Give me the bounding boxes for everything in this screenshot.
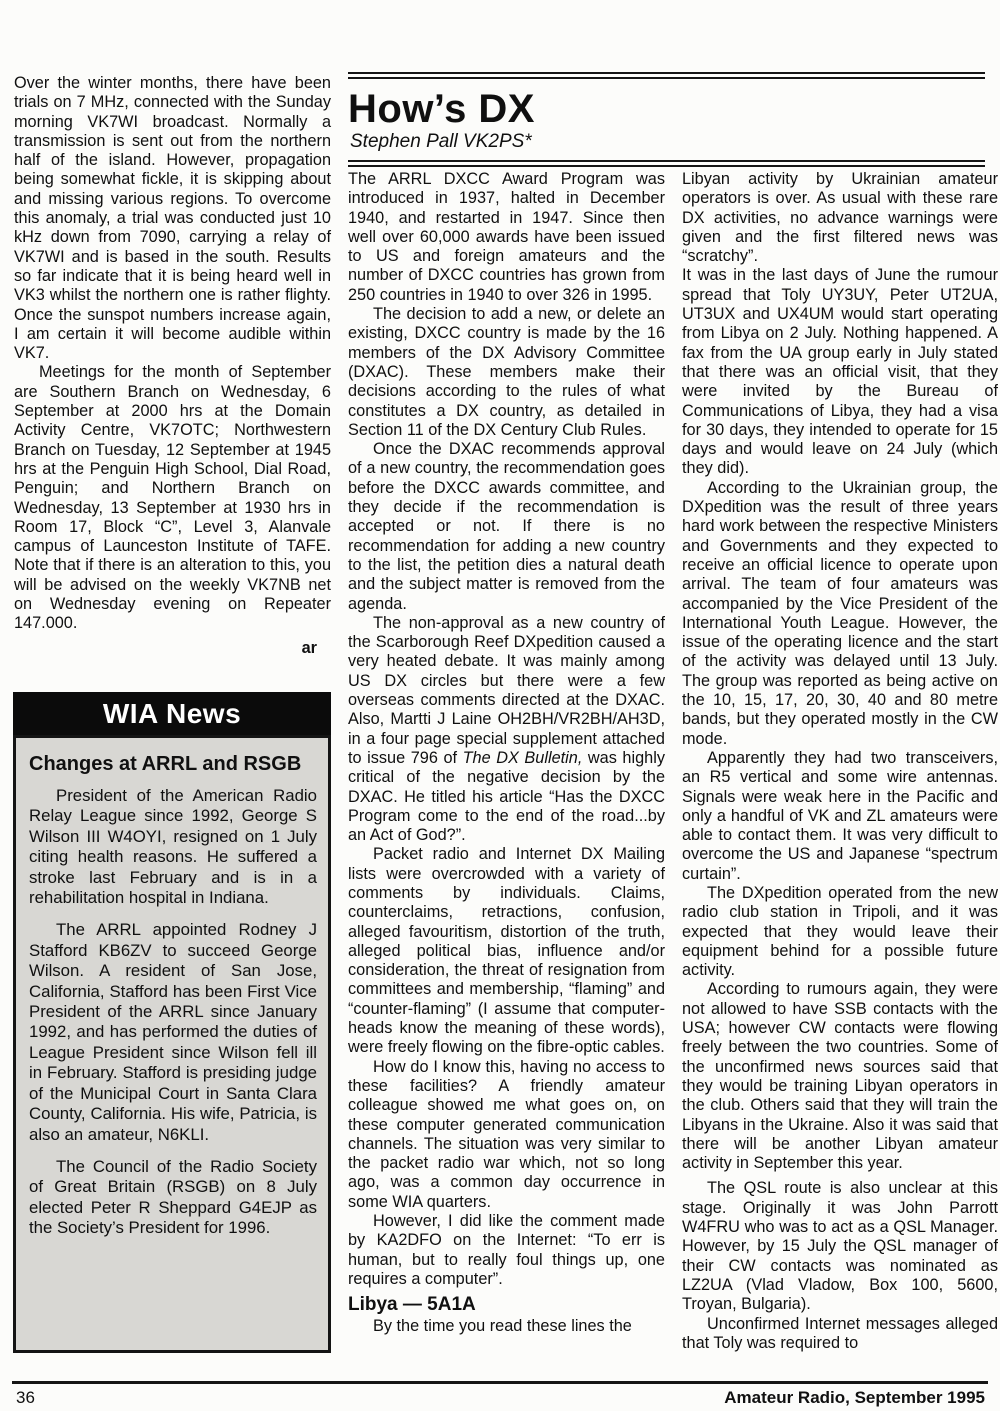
paragraph: Packet radio and Internet DX Mailing lis… xyxy=(348,845,665,1057)
paragraph: By the time you read these lines the xyxy=(348,1317,665,1336)
paragraph: Once the DXAC recommends approval of a n… xyxy=(348,440,665,614)
paragraph: Unconfirmed Internet messages alleged th… xyxy=(682,1315,998,1354)
page-number: 36 xyxy=(16,1388,35,1408)
wia-news-box: WIA News Changes at ARRL and RSGB Presid… xyxy=(13,692,331,1353)
paragraph: The ARRL appointed Rodney J Stafford KB6… xyxy=(29,920,317,1144)
top-rule xyxy=(348,72,985,79)
paragraph: The DXpedition operated from the new rad… xyxy=(682,884,998,980)
left-column: Over the winter months, there have been … xyxy=(14,74,331,658)
paragraph: Apparently they had two transceivers, an… xyxy=(682,749,998,884)
paragraph: According to the Ukrainian group, the DX… xyxy=(682,479,998,749)
paragraph: Over the winter months, there have been … xyxy=(14,74,331,363)
publication-title-italic: The DX Bulletin, xyxy=(463,749,583,767)
footer-publication: Amateur Radio, September 1995 xyxy=(724,1388,985,1408)
paragraph-text: The non-approval as a new country of the… xyxy=(348,614,665,767)
paragraph: The decision to add a new, or delete an … xyxy=(348,305,665,440)
middle-column: The ARRL DXCC Award Program was introduc… xyxy=(348,170,665,1370)
paragraph: The non-approval as a new country of the… xyxy=(348,614,665,846)
paragraph: Libyan activity by Ukrainian amateur ope… xyxy=(682,170,998,266)
article-byline: Stephen Pall VK2PS* xyxy=(350,131,985,153)
bottom-rule xyxy=(348,160,985,167)
hows-dx-header: How’s DX Stephen Pall VK2PS* xyxy=(348,72,985,167)
section-heading-libya: Libya — 5A1A xyxy=(348,1295,665,1314)
paragraph: Meetings for the month of September are … xyxy=(14,363,331,633)
paragraph: According to rumours again, they were no… xyxy=(682,980,998,1173)
wia-news-banner: WIA News xyxy=(13,692,331,735)
article-signoff: ar xyxy=(14,639,331,658)
magazine-page: Over the winter months, there have been … xyxy=(0,0,1000,1411)
article-title: How’s DX xyxy=(348,88,985,130)
paragraph: President of the American Radio Relay Le… xyxy=(29,786,317,908)
paragraph: The Council of the Radio Society of Grea… xyxy=(29,1157,317,1239)
paragraph: The QSL route is also unclear at this st… xyxy=(682,1179,998,1314)
right-column: Libyan activity by Ukrainian amateur ope… xyxy=(682,170,998,1370)
footer-rule xyxy=(12,1381,988,1384)
paragraph: However, I did like the comment made by … xyxy=(348,1212,665,1289)
paragraph: The ARRL DXCC Award Program was introduc… xyxy=(348,170,665,305)
paragraph: How do I know this, having no access to … xyxy=(348,1058,665,1212)
wia-news-body: Changes at ARRL and RSGB President of th… xyxy=(13,735,331,1353)
paragraph: It was in the last days of June the rumo… xyxy=(682,266,998,478)
wia-news-heading: Changes at ARRL and RSGB xyxy=(29,752,317,776)
